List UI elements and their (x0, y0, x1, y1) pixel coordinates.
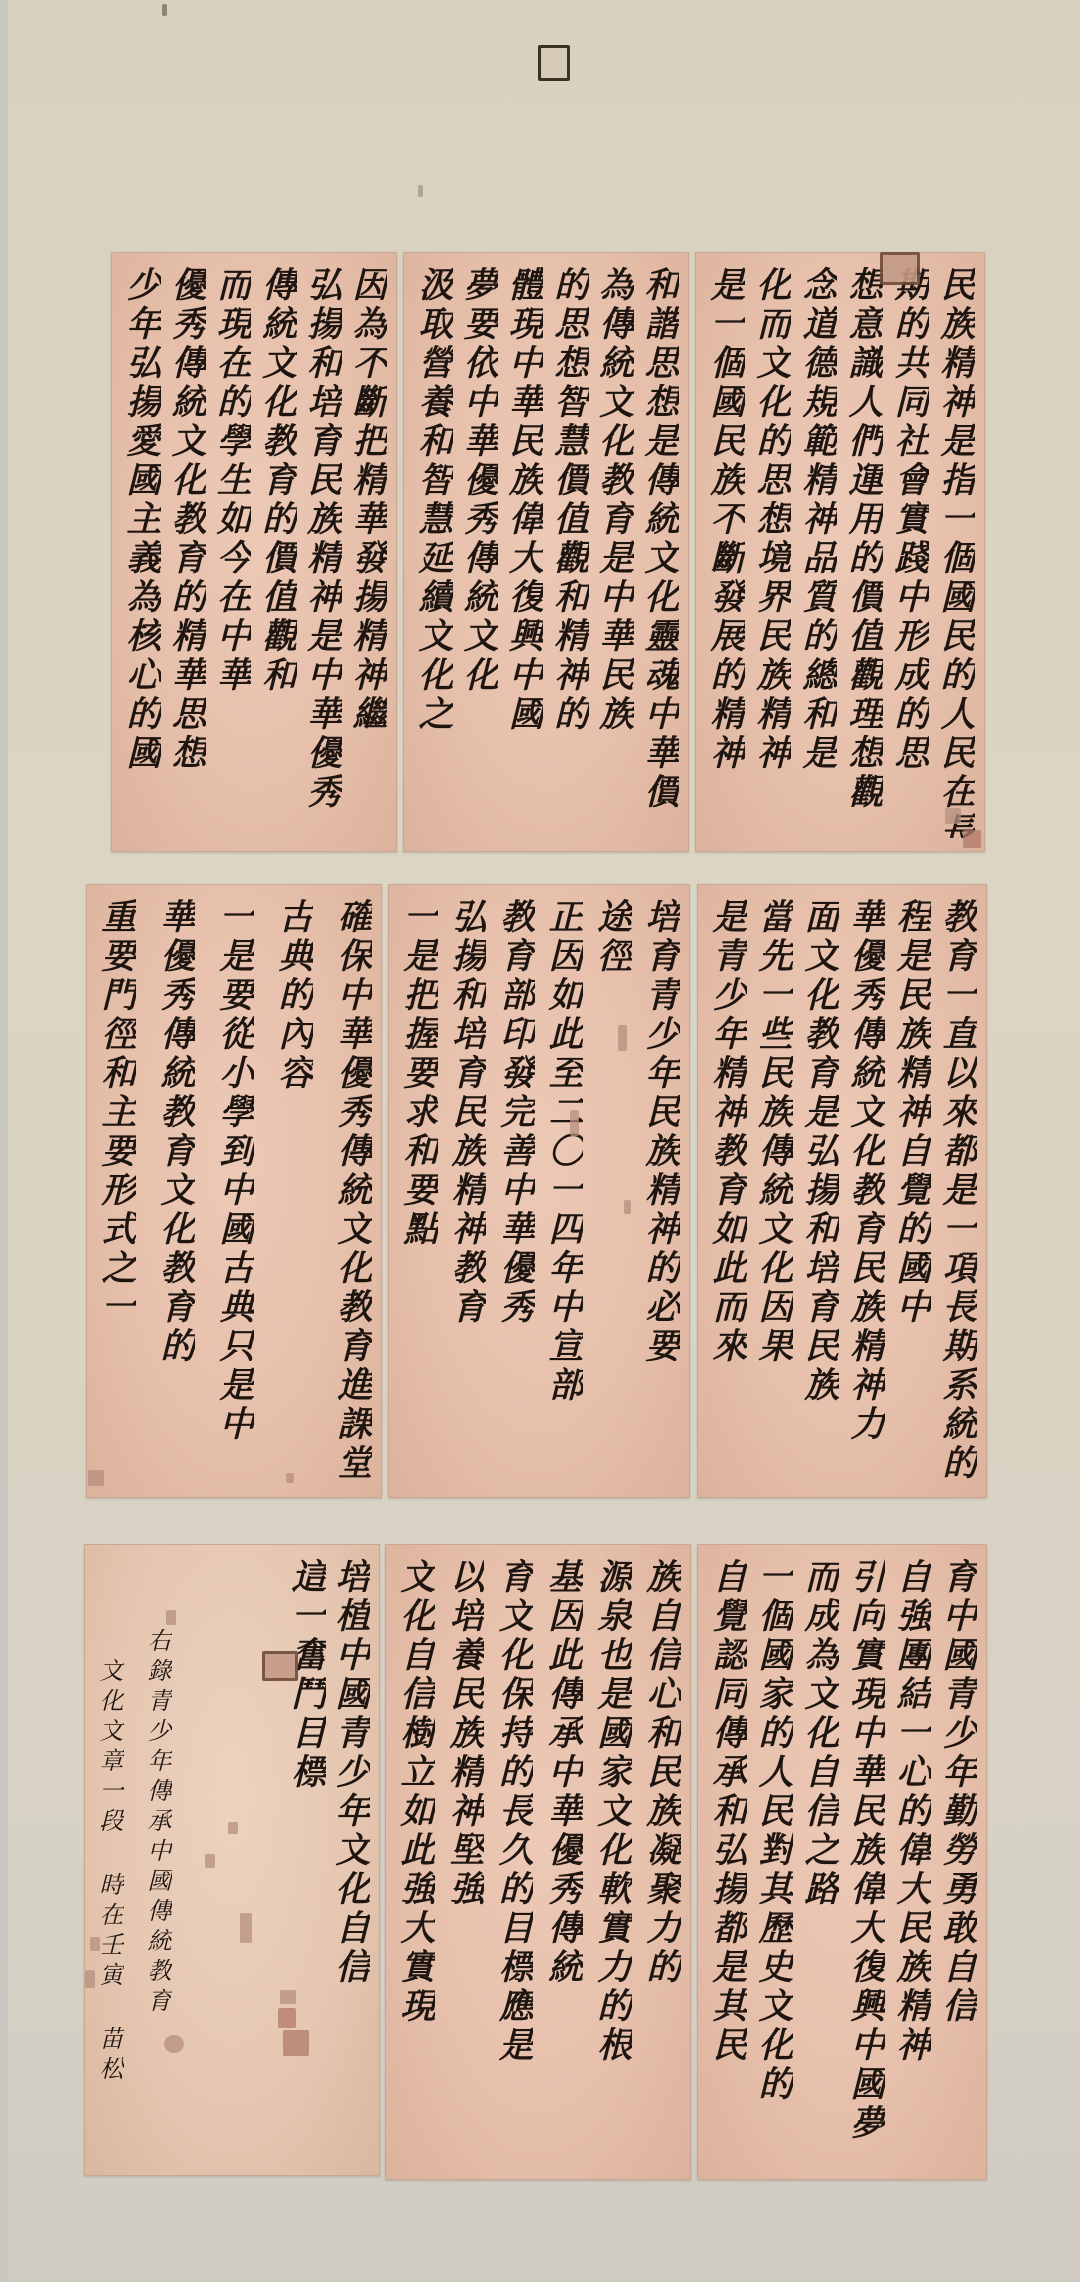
text-column: 弘揚和培育民族精神教育 (446, 898, 486, 1484)
text-column: 優秀傳統文化教育的精華思想 (166, 266, 206, 838)
text-column: 古典的內容 (273, 898, 313, 1484)
collector-seal (85, 1970, 95, 1988)
text-column: 正因如此至二〇一四年中宣部 (543, 898, 583, 1484)
text-column: 為傳統文化教育是中華民族 (594, 266, 634, 838)
text-column: 教育部印發完善中華優秀 (495, 898, 535, 1484)
text-column: 傳統文化教育的價值觀和 (257, 266, 297, 838)
calligraphy-panel-r3c3: 育中國青少年勤勞勇敢自信 自強團結一心的偉大民族精神 引向實現中華民族偉大復興中… (697, 1544, 987, 2180)
artist-seal (262, 1651, 298, 1681)
text-column: 夢要依中華優秀傳統文化 (458, 266, 498, 838)
calligraphy-panel-r3c1-colophon: 培植中國青少年文化自信 這一奮鬥目標 右錄青少年傳承中國傳統教育 文化文章一段 … (84, 1544, 380, 2176)
text-column: 一個國家的人民對其歷史文化的 (753, 1558, 793, 2166)
text-column: 想意識人們運用的價值觀理想觀 (843, 266, 883, 838)
collector-seal (570, 1110, 579, 1136)
text-column: 是青少年精神教育如此而來 (707, 898, 747, 1484)
text-column: 面文化教育是弘揚和培育民族 (799, 898, 839, 1484)
text-column: 期的共同社會實踐中形成的思 (889, 266, 929, 838)
text-column: 是一個國民族不斷發展的精神 (705, 266, 745, 838)
collector-seal (228, 1822, 238, 1834)
collector-seal (240, 1913, 252, 1943)
text-column: 引向實現中華民族偉大復興中國夢 (845, 1558, 885, 2166)
text-column: 因為不斷把精華發揚精神繼 (347, 266, 387, 838)
text-column: 弘揚和培育民族精神是中華優秀 (302, 266, 342, 838)
collector-seal (280, 1990, 296, 2004)
text-column: 以培養民族精神堅強 (444, 1558, 484, 2166)
collector-seal (880, 252, 920, 285)
calligraphy-panel-r1c2: 和諧思想是傳統文化靈魂中華價 為傳統文化教育是中華民族 的思想智慧價值觀和精神的… (403, 252, 689, 852)
text-column: 自覺認同傳承和弘揚都是其民 (707, 1558, 747, 2166)
calligraphy-panel-r2c1: 確保中華優秀傳統文化教育進課堂指中國 古典的內容 一是要從小學到中國古典只是中 … (86, 884, 382, 1498)
text-column: 和諧思想是傳統文化靈魂中華價 (639, 266, 679, 838)
text-column: 教育一直以來都是一項長期系統的工 (937, 898, 977, 1484)
text-column: 文化自信樹立如此強大實現 (395, 1558, 435, 2166)
collector-seal (88, 1470, 104, 1486)
collector-seal (963, 830, 981, 848)
text-column: 程是民族精神自覺的國中 (891, 898, 931, 1484)
text-column: 而成為文化自信之路 (799, 1558, 839, 2166)
text-column: 確保中華優秀傳統文化教育進課堂指中國 (332, 898, 372, 1484)
text-column: 一是把握要求和要點 (398, 898, 438, 1484)
text-column: 當先一些民族傳統文化因果 (753, 898, 793, 1484)
text-column: 培育青少年民族精神的必要 (640, 898, 680, 1484)
text-column: 的思想智慧價值觀和精神的 (549, 266, 589, 838)
text-column: 念道德規範精神品質的總和是 (797, 266, 837, 838)
collector-seal (166, 1610, 176, 1625)
scroll-mount-edge (0, 0, 8, 2282)
text-column: 基因此傳承中華優秀傳統 (543, 1558, 583, 2166)
collector-seal (205, 1854, 215, 1868)
collector-seal (945, 808, 961, 824)
text-column: 育中國青少年勤勞勇敢自信 (937, 1558, 977, 2166)
text-column: 體現中華民族偉大復興中國 (503, 266, 543, 838)
text-column: 育文化保持的長久的目標應是 (493, 1558, 533, 2166)
text-column: 化而文化的思想境界民族精神 (751, 266, 791, 838)
text-column: 重要門徑和主要形式之一 (96, 898, 136, 1484)
collector-seal (624, 1200, 631, 1214)
calligraphy-panel-r1c1: 因為不斷把精華發揚精神繼 弘揚和培育民族精神是中華優秀 傳統文化教育的價值觀和 … (111, 252, 397, 852)
collector-seal (283, 2030, 309, 2056)
collector-seal (278, 2008, 296, 2028)
text-column: 培植中國青少年文化自信 (330, 1558, 370, 2162)
text-column: 華優秀傳統文化教育民族精神力 (845, 898, 885, 1484)
collector-seal (90, 1937, 100, 1951)
mount-stain (418, 185, 423, 197)
collector-seal (286, 1473, 294, 1483)
calligraphy-panel-r2c3: 教育一直以來都是一項長期系統的工 程是民族精神自覺的國中 華優秀傳統文化教育民族… (697, 884, 987, 1498)
inscription-column: 文化文章一段 時在壬寅 苗松 (94, 1658, 124, 2162)
text-column: 這一奮鬥目標 (286, 1558, 326, 1818)
text-column: 華優秀傳統教育文化教育的 (155, 898, 195, 1484)
text-column: 途徑 (592, 898, 632, 1484)
collector-seal (618, 1025, 627, 1051)
text-column: 而現在的學生如今在中華 (211, 266, 251, 838)
inscription-column: 右錄青少年傳承中國傳統教育 (142, 1628, 172, 2162)
text-column: 少年弘揚愛國主義為核心的國 (121, 266, 161, 838)
text-column: 族自信心和民族凝聚力的 (641, 1558, 681, 2166)
round-seal (164, 2035, 184, 2053)
calligraphy-panel-r2c2: 培育青少年民族精神的必要 途徑 正因如此至二〇一四年中宣部 教育部印發完善中華優… (388, 884, 690, 1498)
text-column: 汲取營養和智慧延續文化之 (413, 266, 453, 838)
text-column: 一是要從小學到中國古典只是中 (214, 898, 254, 1484)
calligraphy-panel-r1c3: 民族精神是指一個國民的人民在長 期的共同社會實踐中形成的思 想意識人們運用的價值… (695, 252, 985, 852)
hanging-pin-mark (162, 4, 167, 16)
text-column: 源泉也是國家文化軟實力的根 (592, 1558, 632, 2166)
title-seal (538, 45, 570, 81)
calligraphy-panel-r3c2: 族自信心和民族凝聚力的 源泉也是國家文化軟實力的根 基因此傳承中華優秀傳統 育文… (385, 1544, 691, 2180)
text-column: 民族精神是指一個國民的人民在長 (935, 266, 975, 838)
text-column: 自強團結一心的偉大民族精神 (891, 1558, 931, 2166)
